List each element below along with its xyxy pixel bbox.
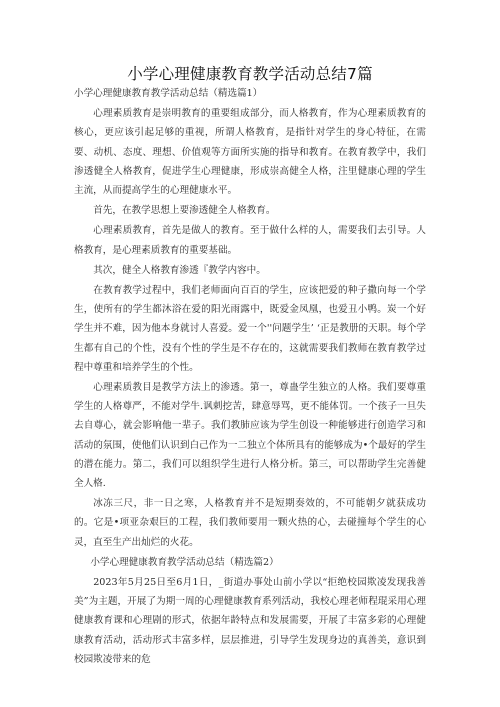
document-title: 小学心理健康教育教学活动总结7篇 [0, 62, 500, 84]
document-page: 小学心理健康教育教学活动总结7篇 小学心理健康教育教学活动总结（精选篇1） 心理… [0, 0, 500, 707]
paragraph: 冰冻三尺，非一日之寒，人格教育并不是短期奏效的，不可能朝夕就获成功的。它是•项亚… [74, 494, 426, 552]
section-subtitle: 小学心理健康教育教学活动总结（精选篇2） [74, 553, 426, 572]
document-body: 小学心理健康教育教学活动总结（精选篇1） 心理素质教育是崇明教育的重要组成部分，… [74, 84, 426, 669]
paragraph: 其次，健全人格教育渗透『教学内容中。 [74, 261, 426, 280]
section-subtitle: 小学心理健康教育教学活动总结（精选篇1） [74, 84, 426, 103]
paragraph: 心理素质教育，首先是做人的教育。至于做什么样的人，需要我们去引导。人格教育，是心… [74, 221, 426, 259]
paragraph: 首先，在教学思想上要渗透健全人格教育。 [74, 201, 426, 220]
paragraph: 2023年5月25日至6月1日，_街道办事处山前小学以“拒绝校园欺凌发现我善美”… [74, 573, 426, 669]
paragraph: 心理素质教目是教学方法上的渗透。第一，尊蛊学生独立的人格。我们要尊重学生的人格尊… [74, 378, 426, 493]
paragraph: 在教育教学过程中，我们老师面向百百的学生，应该把爱的种子撒向每一个学生，使所有的… [74, 281, 426, 377]
paragraph: 心理素质教育是崇明教育的重要组成部分，而人格教育，作为心理素质教育的核心，更应该… [74, 104, 426, 200]
